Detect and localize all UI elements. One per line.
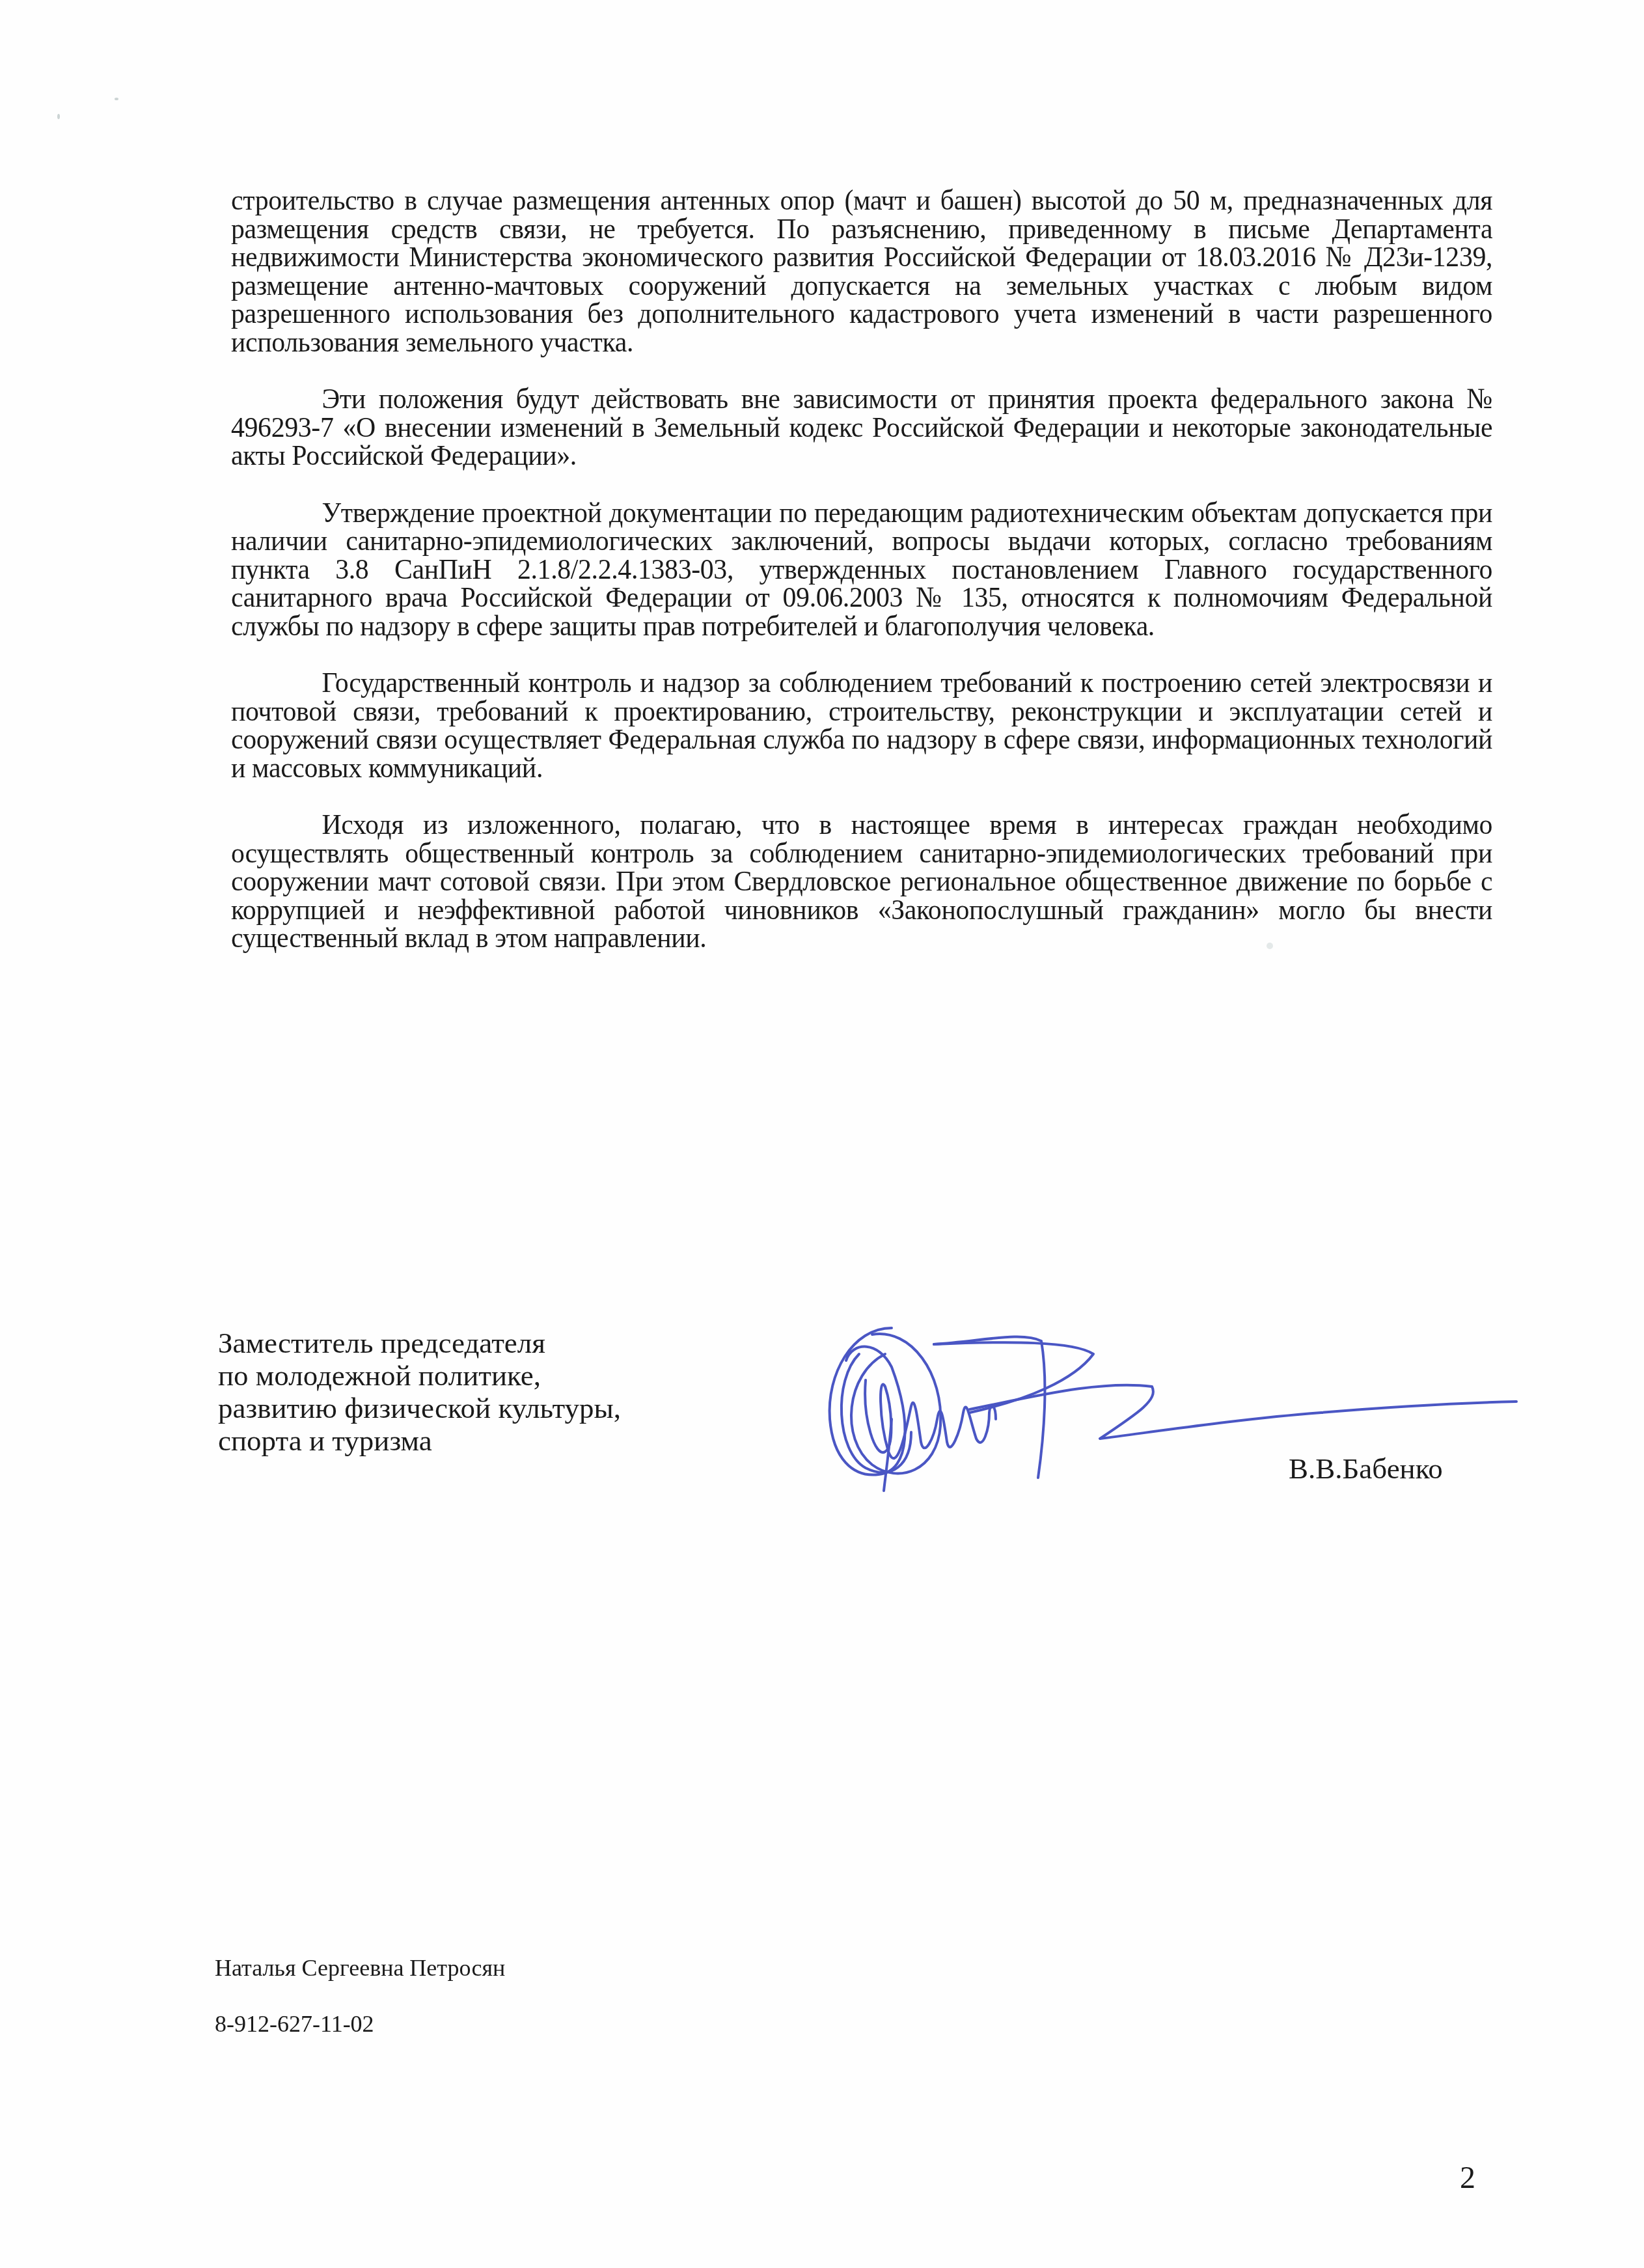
page-number: 2 (1460, 2160, 1475, 2196)
paragraph-3: Утверждение проектной документации по пе… (231, 499, 1492, 641)
scan-speck (57, 114, 60, 119)
contact-block: Наталья Сергеевна Петросян 8-912-627-11-… (215, 1956, 505, 2036)
paragraph-5: Исходя из изложенного, полагаю, что в на… (231, 810, 1492, 952)
paragraph-2: Эти положения будут действовать вне зави… (231, 385, 1492, 470)
position-line-3: развитию физической культуры, (218, 1392, 621, 1424)
letter-body: строительство в случае размещения антенн… (231, 186, 1492, 981)
contact-name: Наталья Сергеевна Петросян (215, 1956, 505, 1980)
signatory-name: В.В.Бабенко (1289, 1452, 1443, 1486)
position-line-2: по молодежной политике, (218, 1359, 621, 1392)
scan-speck (115, 98, 118, 100)
position-line-1: Заместитель председателя (218, 1327, 621, 1359)
contact-phone: 8-912-627-11-02 (215, 2012, 505, 2036)
paragraph-1: строительство в случае размещения антенн… (231, 186, 1492, 356)
handwritten-signature-icon (814, 1289, 1529, 1536)
signatory-position: Заместитель председателя по молодежной п… (218, 1327, 621, 1457)
scan-speck (1267, 943, 1273, 949)
position-line-4: спорта и туризма (218, 1424, 621, 1457)
document-page: строительство в случае размещения антенн… (0, 0, 1644, 2268)
paragraph-4: Государственный контроль и надзор за соб… (231, 669, 1492, 782)
